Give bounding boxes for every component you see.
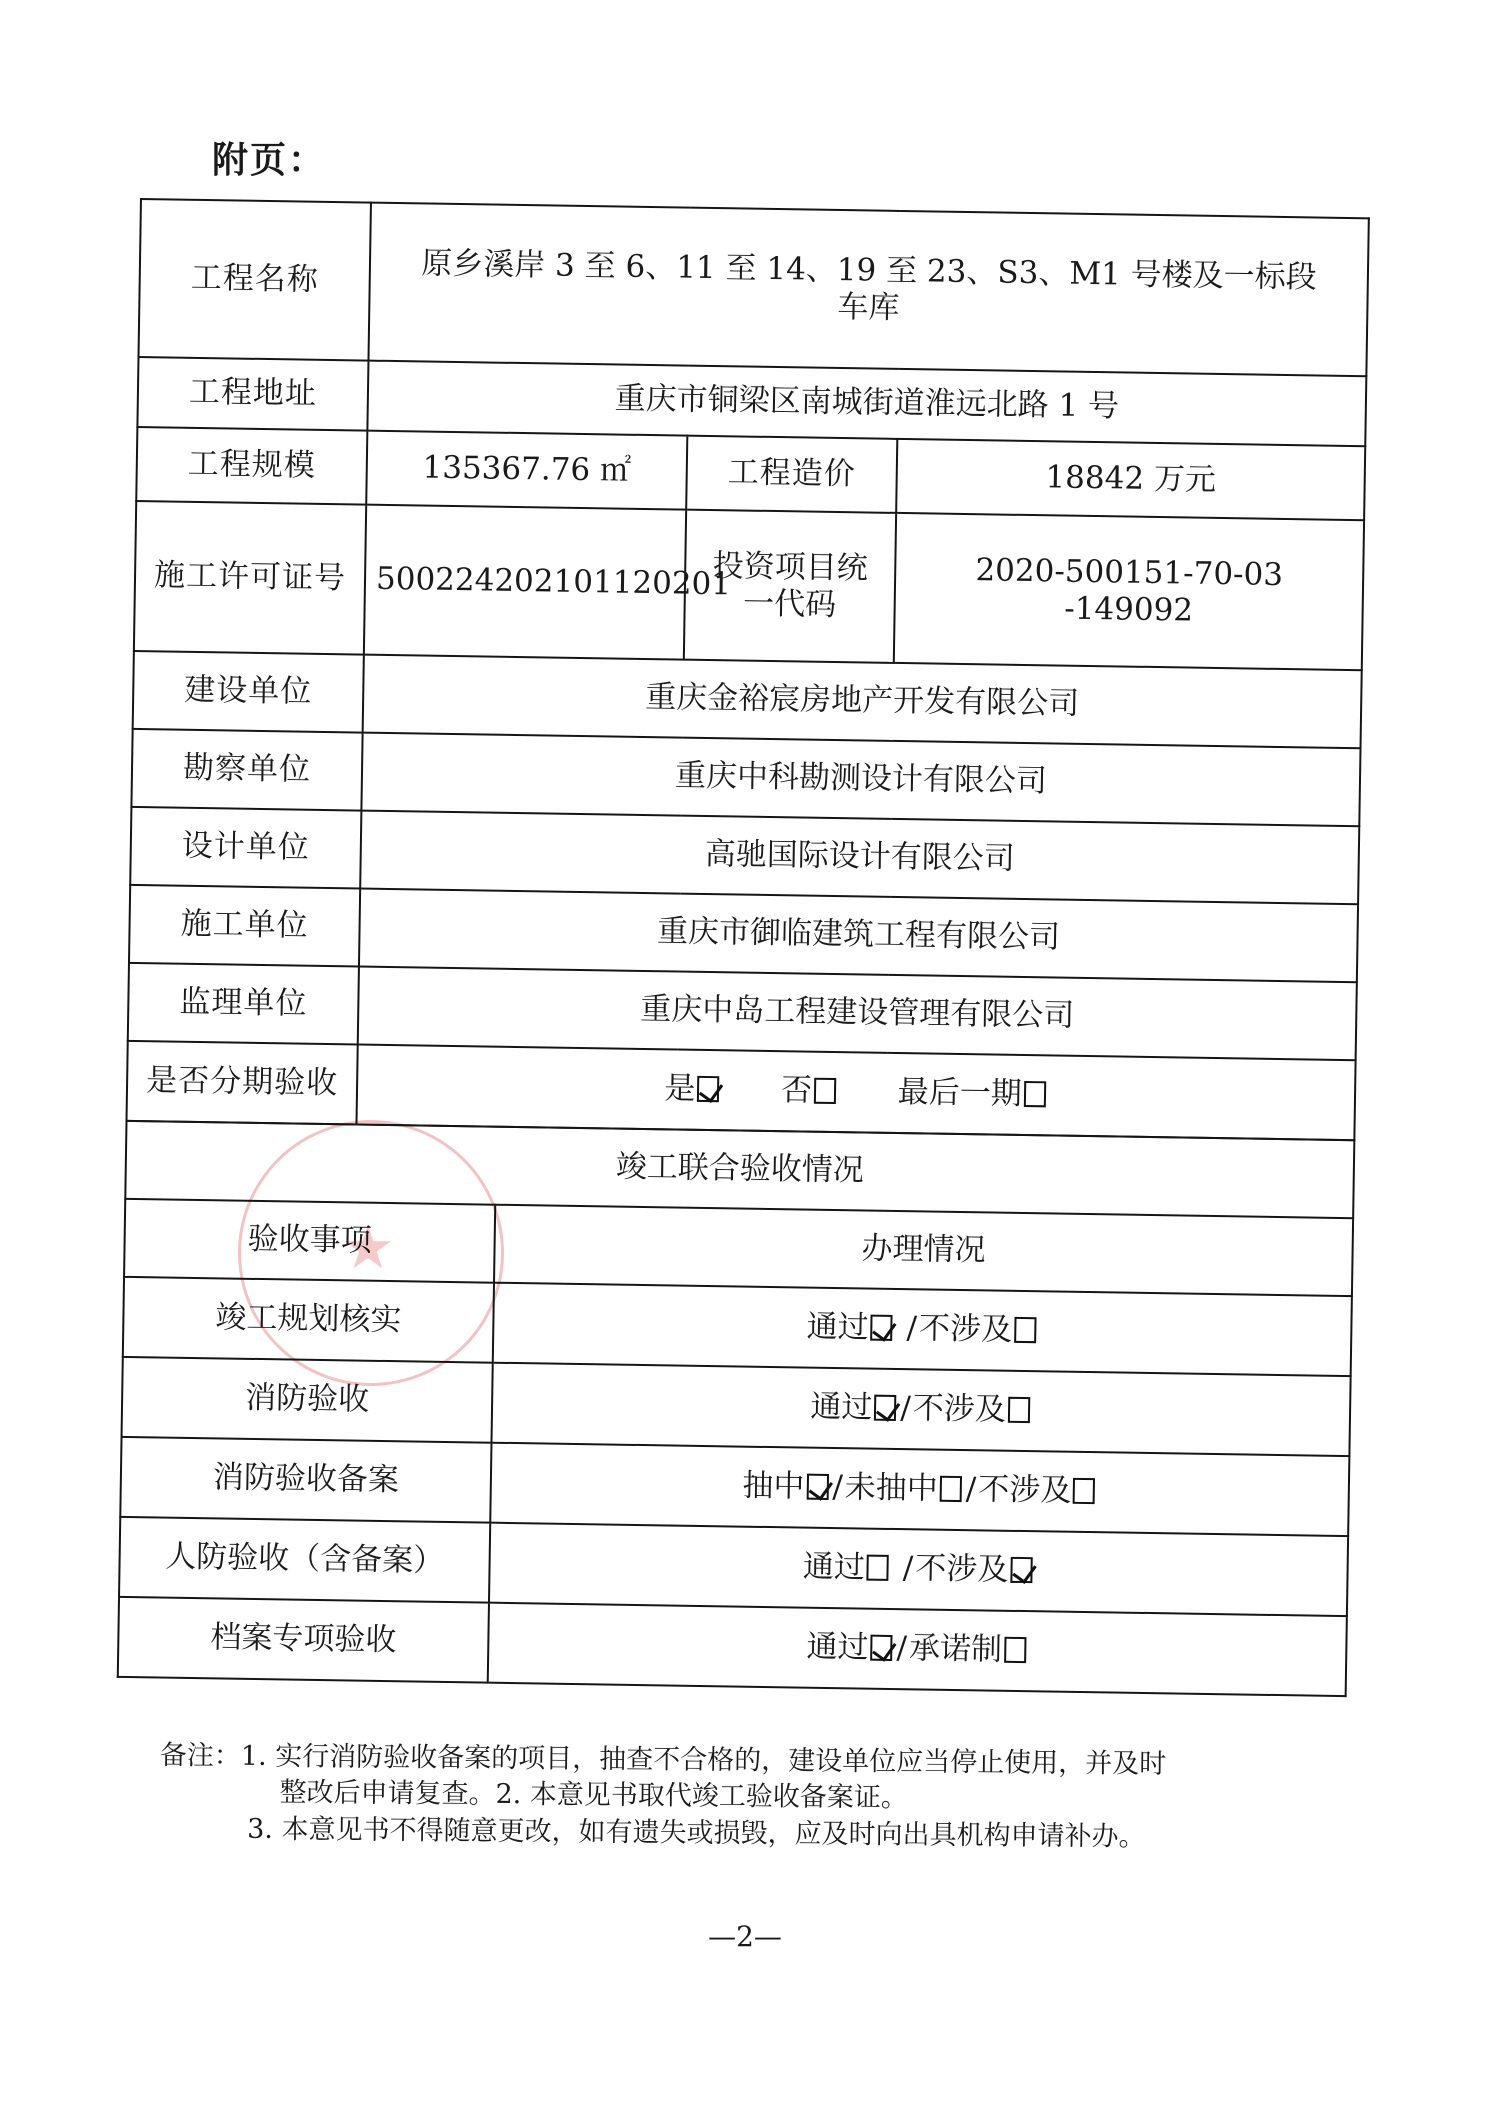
header-item: 验收事项	[124, 1198, 495, 1282]
investment-code-line2: -149092	[905, 588, 1352, 632]
acceptance-item: 竣工规划核实	[123, 1276, 494, 1362]
row-project-name: 工程名称 原乡溪岸 3 至 6、11 至 14、19 至 23、S3、M1 号楼…	[139, 199, 1369, 376]
investment-code-value: 2020-500151-70-03 -149092	[894, 513, 1364, 670]
phased-option-last[interactable]: 最后一期	[897, 1074, 1048, 1112]
project-info-table: 工程名称 原乡溪岸 3 至 6、11 至 14、19 至 23、S3、M1 号楼…	[125, 198, 1369, 1141]
investment-code-label-line1: 投资项目统	[696, 548, 885, 588]
checkbox-checked-icon[interactable]	[874, 1395, 896, 1421]
option-label: 通过	[806, 1309, 869, 1346]
project-address-label: 工程地址	[137, 357, 368, 431]
option-not-selected[interactable]: 未抽中	[845, 1469, 965, 1507]
checkbox-empty-icon[interactable]	[1024, 1081, 1046, 1107]
unit-label: 建设单位	[133, 651, 364, 733]
checkbox-checked-icon[interactable]	[870, 1635, 892, 1661]
project-cost-value: 18842 万元	[896, 439, 1365, 520]
option-label: 通过	[806, 1629, 869, 1666]
option-label: 不涉及	[919, 1310, 1013, 1347]
checkbox-checked-icon[interactable]	[697, 1076, 719, 1102]
option-label: 是	[664, 1071, 696, 1107]
acceptance-status: 通过/承诺制	[488, 1602, 1347, 1695]
unit-label: 勘察单位	[131, 729, 362, 811]
acceptance-status: 通过/不涉及	[492, 1362, 1351, 1455]
checkbox-empty-icon[interactable]	[867, 1554, 889, 1580]
acceptance-table: 竣工联合验收情况 验收事项 办理情况 竣工规划核实 通过 /不涉及 消防验收 通…	[117, 1119, 1356, 1696]
option-not-applicable[interactable]: 不涉及	[915, 1550, 1035, 1588]
checkbox-empty-icon[interactable]	[1073, 1478, 1095, 1504]
row-permit: 施工许可证号 500224202101120201 投资项目统 一代码 2020…	[134, 501, 1364, 670]
project-name-label: 工程名称	[139, 199, 371, 361]
project-scale-value: 135367.76 ㎡	[366, 431, 687, 510]
option-label: 不涉及	[913, 1390, 1007, 1427]
acceptance-item: 人防验收（含备案）	[119, 1516, 490, 1602]
option-not-applicable[interactable]: 不涉及	[919, 1310, 1039, 1348]
checkbox-empty-icon[interactable]	[1004, 1637, 1026, 1663]
option-label: 不涉及	[978, 1471, 1072, 1508]
option-pass[interactable]: 通过	[806, 1309, 895, 1346]
acceptance-item: 消防验收	[122, 1356, 493, 1442]
remarks: 备注：1. 实行消防验收备案的项目，抽查不合格的，建设单位应当停止使用，并及时 …	[159, 1738, 1310, 1857]
option-label: 未抽中	[845, 1469, 939, 1506]
acceptance-status: 抽中/未抽中/不涉及	[490, 1442, 1349, 1535]
option-pass[interactable]: 通过	[810, 1389, 899, 1426]
option-label: 抽中	[742, 1468, 805, 1505]
option-commitment[interactable]: 承诺制	[909, 1630, 1029, 1668]
option-label: 最后一期	[897, 1074, 1022, 1112]
unit-label: 监理单位	[128, 963, 359, 1045]
project-cost-label: 工程造价	[686, 436, 897, 513]
permit-value: 500224202101120201	[364, 505, 686, 660]
acceptance-status: 通过 /不涉及	[493, 1282, 1352, 1375]
phased-option-no[interactable]: 否	[781, 1073, 839, 1110]
option-pass[interactable]: 通过	[803, 1548, 892, 1585]
unit-label: 施工单位	[129, 885, 360, 967]
checkbox-empty-icon[interactable]	[1014, 1317, 1036, 1343]
checkbox-empty-icon[interactable]	[1008, 1397, 1030, 1423]
option-not-applicable[interactable]: 不涉及	[913, 1390, 1033, 1428]
page-number: —2—	[0, 1920, 1490, 1953]
permit-label: 施工许可证号	[134, 501, 366, 655]
option-label: 不涉及	[915, 1550, 1009, 1587]
option-label: 通过	[810, 1389, 873, 1426]
option-selected[interactable]: 抽中	[742, 1468, 831, 1505]
option-label: 承诺制	[909, 1630, 1003, 1667]
checkbox-checked-icon[interactable]	[806, 1474, 828, 1500]
option-not-applicable[interactable]: 不涉及	[978, 1471, 1098, 1509]
acceptance-status: 通过 /不涉及	[489, 1522, 1348, 1615]
phased-option-yes[interactable]: 是	[664, 1071, 722, 1108]
acceptance-form: 工程名称 原乡溪岸 3 至 6、11 至 14、19 至 23、S3、M1 号楼…	[117, 198, 1368, 1697]
checkbox-empty-icon[interactable]	[814, 1078, 836, 1104]
project-scale-label: 工程规模	[136, 427, 367, 505]
page-heading: 附页：	[212, 132, 326, 183]
project-name-value: 原乡溪岸 3 至 6、11 至 14、19 至 23、S3、M1 号楼及一标段 …	[368, 203, 1368, 377]
option-label: 通过	[803, 1548, 866, 1585]
option-label: 否	[781, 1073, 813, 1109]
acceptance-item: 档案专项验收	[118, 1596, 489, 1682]
header-status: 办理情况	[494, 1204, 1353, 1295]
checkbox-checked-icon[interactable]	[870, 1315, 892, 1341]
unit-label: 设计单位	[130, 807, 361, 889]
acceptance-item: 消防验收备案	[120, 1436, 491, 1522]
checkbox-checked-icon[interactable]	[1010, 1557, 1032, 1583]
option-pass[interactable]: 通过	[806, 1629, 895, 1666]
checkbox-empty-icon[interactable]	[940, 1476, 962, 1502]
phased-acceptance-label: 是否分期验收	[127, 1041, 358, 1125]
